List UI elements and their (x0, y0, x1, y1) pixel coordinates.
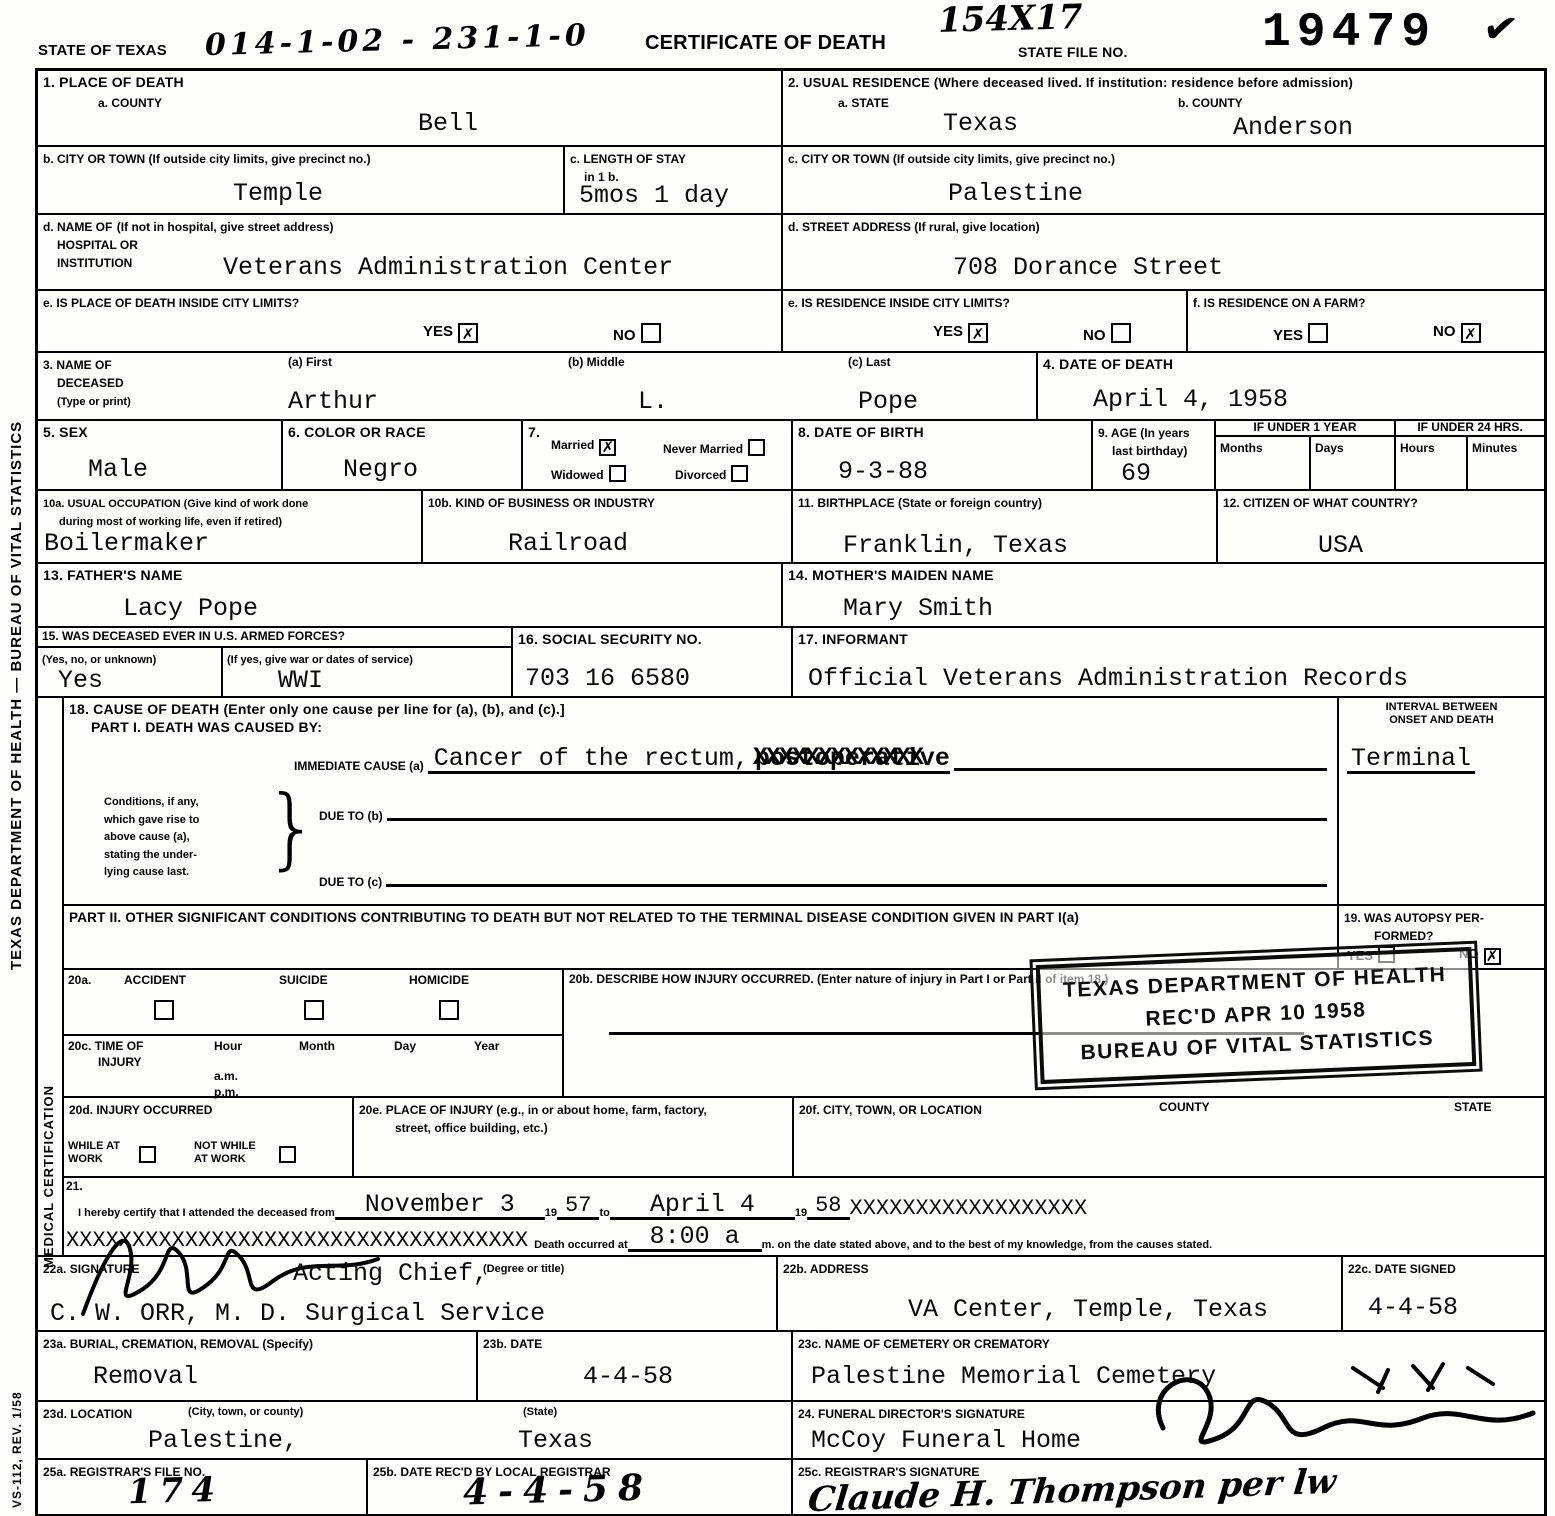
age-value: 69 (1121, 461, 1151, 486)
minutes-label: Minutes (1472, 441, 1517, 455)
accident-checkbox (154, 1000, 174, 1020)
never-married-label: Never Married (663, 442, 743, 456)
date-received-value: 4-4-58 (463, 1470, 654, 1511)
obliteration-overstrike: XXXXXXXXXXXXX (753, 745, 922, 770)
date-of-death-label: 4. DATE OF DEATH (1043, 356, 1173, 372)
date-of-death-value: April 4, 1958 (1093, 387, 1288, 412)
field-time-of-injury: 20c. TIME OF INJURY Hour a.m. p.m. Month… (64, 1036, 562, 1096)
no-label: NO (1083, 327, 1106, 344)
date-signed-label: 22c. DATE SIGNED (1348, 1262, 1456, 1276)
burial-date-value: 4-4-58 (583, 1364, 673, 1389)
degree-title-label: (Degree or title) (483, 1263, 564, 1276)
not-while-at-work-checkbox (279, 1146, 296, 1163)
hospital-label-paren: (If not in hospital, give street address… (117, 220, 334, 234)
part2-label: PART II. OTHER SIGNIFICANT CONDITIONS CO… (69, 910, 1079, 925)
location-state-value: Texas (518, 1428, 593, 1453)
field-father-name: 13. FATHER'S NAME Lacy Pope (38, 564, 783, 626)
field-residence-city: c. CITY OR TOWN (If outside city limits,… (783, 147, 1544, 213)
field-mother-name: 14. MOTHER'S MAIDEN NAME Mary Smith (783, 564, 1544, 626)
residence-state-label: a. STATE (838, 97, 889, 111)
suicide-label: SUICIDE (279, 974, 328, 988)
middle-name-value: L. (638, 389, 668, 414)
field-residence-city-limits: e. IS RESIDENCE INSIDE CITY LIMITS? YES✗… (783, 291, 1188, 351)
residence-farm-no-checkbox: ✗ (1461, 323, 1481, 343)
state-file-no-label: STATE FILE NO. (1018, 44, 1128, 60)
medical-certification-strip: MEDICAL CERTIFICATION (38, 698, 64, 1255)
age-label-2: last birthday) (1112, 444, 1187, 458)
industry-value: Railroad (508, 531, 628, 556)
address-label: 22b. ADDRESS (783, 1262, 869, 1276)
field-age: 9. AGE (In years last birthday) 69 (1093, 421, 1216, 489)
yes-label: YES (933, 323, 963, 340)
checkmark: ✔ (1480, 2, 1522, 55)
handwritten-note: 154X17 (938, 0, 1084, 38)
sex-label: 5. SEX (43, 424, 88, 440)
father-name-label: 13. FATHER'S NAME (43, 567, 183, 583)
location-state-sublabel: (State) (523, 1406, 557, 1419)
widowed-checkbox (609, 465, 626, 482)
residence-city-limits-yes-checkbox: ✗ (968, 323, 988, 343)
field-burial-location: 23d. LOCATION (City, town, or county) (S… (38, 1402, 793, 1458)
due-to-b-line (387, 818, 1327, 821)
injury-county-label: COUNTY (1159, 1101, 1210, 1115)
cemetery-label: 23c. NAME OF CEMETERY OR CREMATORY (798, 1337, 1050, 1351)
hospital-value: Veterans Administration Center (223, 255, 673, 280)
married-label: Married (551, 438, 594, 452)
injury-occurred-label: 20d. INJURY OCCURRED (69, 1103, 212, 1117)
residence-city-value: Palestine (948, 181, 1083, 206)
location-city-sublabel: (City, town, or county) (188, 1406, 303, 1419)
never-married-checkbox (748, 439, 765, 456)
field-place-of-death: 1. PLACE OF DEATH a. COUNTY Bell (38, 71, 783, 145)
conditions-note: Conditions, if any,which gave rise to ab… (104, 794, 199, 882)
injury-city-label: 20f. CITY, TOWN, OR LOCATION (799, 1103, 982, 1117)
field-color-or-race: 6. COLOR OR RACE Negro (283, 421, 523, 489)
attended-to-value: April 4 (610, 1192, 795, 1220)
field-injury-location: 20f. CITY, TOWN, OR LOCATION COUNTY STAT… (794, 1098, 1544, 1176)
location-city-value: Palestine, (148, 1428, 298, 1453)
attended-from-year: 57 (557, 1195, 599, 1220)
death-time-value: 8:00 a (628, 1224, 762, 1252)
yes-label: YES (1273, 327, 1303, 344)
armed-forces-label: 15. WAS DECEASED EVER IN U.S. ARMED FORC… (38, 628, 511, 648)
field-sex: 5. SEX Male (38, 421, 283, 489)
street-address-value: 708 Dorance Street (953, 255, 1223, 280)
field-burial-date: 23b. DATE 4-4-58 (478, 1332, 793, 1400)
brace-glyph: } (264, 784, 320, 872)
divorced-label: Divorced (675, 468, 726, 482)
strikeout-x-2: XXXXXXXXXXXXXXXXXXXXXXXXXXXXXXXXXXX (66, 1230, 528, 1252)
field-street-address: d. STREET ADDRESS (If rural, give locati… (783, 215, 1544, 289)
while-at-work-checkbox (139, 1146, 156, 1163)
hospital-label-3: INSTITUTION (57, 256, 132, 270)
field-physician-signature: 22a. SIGNATURE Acting Chief, (Degree or … (38, 1257, 778, 1330)
attended-to-year: 58 (807, 1195, 849, 1220)
place-of-injury-label-1: 20e. PLACE OF INJURY (e.g., in or about … (359, 1103, 707, 1117)
field-if-under-1-year: IF UNDER 1 YEAR Months Days (1216, 421, 1396, 489)
ssn-value: 703 16 6580 (525, 666, 690, 691)
occupation-label-1: 10a. USUAL OCCUPATION (Give kind of work… (43, 498, 308, 510)
field-death-city-limits: e. IS PLACE OF DEATH INSIDE CITY LIMITS?… (38, 291, 783, 351)
months-label: Months (1220, 441, 1263, 455)
field-place-of-injury: 20e. PLACE OF INJURY (e.g., in or about … (354, 1098, 794, 1176)
am-label: a.m. (214, 1070, 238, 1084)
hospital-label-1: d. NAME OF (43, 220, 112, 234)
place-of-injury-label-2: street, office building, etc.) (395, 1121, 548, 1135)
armed-forces-value-2: WWI (278, 668, 323, 693)
handwritten-file-code: 014-1-02 - 231-1-0 (205, 21, 590, 61)
death-city-value: Temple (233, 181, 323, 206)
immediate-cause-value: Cancer of the rectum, (428, 746, 755, 774)
not-while-at-work-label: NOT WHILEAT WORK (194, 1140, 256, 1165)
county-label: a. COUNTY (98, 97, 162, 111)
name-label-1: 3. NAME OF (43, 358, 112, 372)
field-length-of-stay: c. LENGTH OF STAY in 1 b. 5mos 1 day (565, 147, 783, 213)
death-city-limits-yes-checkbox: ✗ (458, 323, 478, 343)
field-cause-of-death: 18. CAUSE OF DEATH (Enter only one cause… (64, 698, 1337, 904)
interval-label-1: INTERVAL BETWEEN (1386, 701, 1498, 713)
name-label-2: DECEASED (57, 376, 124, 390)
field-usual-residence: 2. USUAL RESIDENCE (Where deceased lived… (783, 71, 1544, 145)
homicide-label: HOMICIDE (409, 974, 469, 988)
street-address-label: d. STREET ADDRESS (If rural, give locati… (788, 220, 1040, 234)
race-value: Negro (343, 457, 418, 482)
medical-certification-vertical-label: MEDICAL CERTIFICATION (41, 848, 56, 1268)
field-ssn: 16. SOCIAL SECURITY NO. 703 16 6580 (513, 628, 793, 696)
location-label: 23d. LOCATION (43, 1407, 132, 1421)
county-value: Bell (418, 111, 478, 136)
death-city-limits-no-checkbox (641, 323, 661, 343)
field-physician-address: 22b. ADDRESS VA Center, Temple, Texas (778, 1257, 1343, 1330)
part1-label: PART I. DEATH WAS CAUSED BY: (91, 719, 322, 735)
field-20a-number: 20a. (68, 974, 91, 988)
interval-value: Terminal (1347, 746, 1475, 774)
residence-farm-yes-checkbox (1308, 323, 1328, 343)
date-signed-value: 4-4-58 (1368, 1295, 1458, 1320)
sex-value: Male (88, 457, 148, 482)
homicide-checkbox (439, 1000, 459, 1020)
month-label: Month (299, 1040, 335, 1054)
name-label-3: (Type or print) (57, 396, 131, 408)
citizen-label: 12. CITIZEN OF WHAT COUNTRY? (1223, 496, 1418, 510)
year-prefix-1: 19 (545, 1207, 557, 1220)
time-of-injury-label-2: INJURY (98, 1056, 142, 1070)
residence-city-limits-no-checkbox (1111, 323, 1131, 343)
field-cemetery: 23c. NAME OF CEMETERY OR CREMATORY Pales… (793, 1332, 1544, 1400)
immediate-cause-obliterated: postoperative XXXXXXXXXXXXX (755, 746, 950, 774)
registrar-file-value: 174 (128, 1473, 224, 1509)
no-label: NO (1433, 323, 1456, 340)
field-birthplace: 11. BIRTHPLACE (State or foreign country… (793, 491, 1218, 562)
field-burial-removal: 23a. BURIAL, CREMATION, REMOVAL (Specify… (38, 1332, 478, 1400)
due-to-c-line (386, 884, 1327, 887)
field-marital-status: 7. Married✗ Never Married Widowed Divorc… (523, 421, 793, 489)
informant-label: 17. INFORMANT (798, 631, 908, 647)
field-part2: PART II. OTHER SIGNIFICANT CONDITIONS CO… (64, 906, 1337, 968)
field-armed-forces: 15. WAS DECEASED EVER IN U.S. ARMED FORC… (38, 628, 513, 696)
physician-name-value: C. W. ORR, M. D. Surgical Service (50, 1301, 545, 1326)
death-occurred-label: Death occurred at (534, 1239, 628, 1252)
burial-value: Removal (93, 1364, 198, 1389)
field-certification: 21. I hereby certify that I attended the… (64, 1178, 1544, 1255)
residence-farm-label: f. IS RESIDENCE ON A FARM? (1193, 296, 1365, 310)
certificate-title: CERTIFICATE OF DEATH (645, 32, 886, 55)
no-label: NO (613, 327, 636, 344)
middle-name-label: (b) Middle (568, 356, 625, 370)
mother-name-label: 14. MOTHER'S MAIDEN NAME (788, 567, 994, 583)
field-citizen: 12. CITIZEN OF WHAT COUNTRY? USA (1218, 491, 1544, 562)
under-1-year-label: IF UNDER 1 YEAR (1216, 421, 1394, 437)
field-residence-farm: f. IS RESIDENCE ON A FARM? YES NO✗ (1188, 291, 1544, 351)
dob-value: 9-3-88 (838, 459, 928, 484)
burial-label: 23a. BURIAL, CREMATION, REMOVAL (Specify… (43, 1337, 313, 1351)
place-of-death-label: 1. PLACE OF DEATH (43, 74, 184, 90)
degree-title-value: Acting Chief, (293, 1261, 488, 1286)
divorced-checkbox (731, 465, 748, 482)
occupation-value: Boilermaker (44, 531, 209, 556)
state-of-texas-label: STATE OF TEXAS (38, 42, 167, 59)
marital-number: 7. (528, 424, 540, 440)
hour-label: Hour (214, 1040, 242, 1054)
year-label: Year (474, 1040, 499, 1054)
field-injury-occurred: 20d. INJURY OCCURRED WHILE ATWORK NOT WH… (64, 1098, 354, 1176)
first-name-value: Arthur (288, 389, 378, 414)
due-to-b-label: DUE TO (b) (319, 810, 383, 824)
occupation-label-2: during most of working life, even if ret… (59, 516, 282, 528)
death-city-label: b. CITY OR TOWN (If outside city limits,… (43, 152, 371, 166)
immediate-cause-label: IMMEDIATE CAUSE (a) (294, 760, 424, 774)
hours-label: Hours (1400, 441, 1435, 455)
field-registrar-signature: 25c. REGISTRAR'S SIGNATURE Claude H. Tho… (793, 1460, 1544, 1514)
armed-forces-value-1: Yes (58, 668, 103, 693)
field-date-of-death: 4. DATE OF DEATH April 4, 1958 (1038, 353, 1544, 419)
cause-of-death-label: 18. CAUSE OF DEATH (Enter only one cause… (69, 701, 565, 717)
birthplace-label: 11. BIRTHPLACE (State or foreign country… (798, 496, 1042, 510)
funeral-director-value: McCoy Funeral Home (811, 1428, 1081, 1453)
birthplace-value: Franklin, Texas (843, 533, 1068, 558)
due-to-c-label: DUE TO (c) (319, 876, 382, 890)
field-industry: 10b. KIND OF BUSINESS OR INDUSTRY Railro… (423, 491, 793, 562)
dob-label: 8. DATE OF BIRTH (798, 424, 924, 440)
death-city-limits-label: e. IS PLACE OF DEATH INSIDE CITY LIMITS? (43, 296, 299, 310)
field-death-city: b. CITY OR TOWN (If outside city limits,… (38, 147, 565, 213)
to-label: to (599, 1207, 609, 1220)
field-date-of-birth: 8. DATE OF BIRTH 9-3-88 (793, 421, 1093, 489)
day-label: Day (394, 1040, 416, 1054)
field-occupation: 10a. USUAL OCCUPATION (Give kind of work… (38, 491, 423, 562)
residence-state-value: Texas (943, 111, 1018, 136)
field-interval: INTERVAL BETWEEN ONSET AND DEATH Termina… (1337, 698, 1544, 904)
mother-name-value: Mary Smith (843, 596, 993, 621)
days-label: Days (1315, 441, 1344, 455)
residence-county-value: Anderson (1233, 115, 1353, 140)
length-of-stay-label: c. LENGTH OF STAY (570, 152, 686, 166)
signature-label: 22a. SIGNATURE (43, 1262, 139, 1276)
cemetery-value: Palestine Memorial Cemetery (811, 1364, 1216, 1389)
field-registrar-file-no: 25a. REGISTRAR'S FILE NO. 174 (38, 1460, 368, 1514)
last-name-value: Pope (858, 389, 918, 414)
married-checkbox: ✗ (599, 439, 616, 456)
field-name-of-deceased: 3. NAME OF DECEASED (Type or print) (a) … (38, 353, 1038, 419)
armed-forces-sublabel-1: (Yes, no, or unknown) (42, 654, 156, 666)
time-of-injury-label-1: 20c. TIME OF (68, 1040, 143, 1054)
autopsy-label-1: 19. WAS AUTOPSY PER- (1344, 911, 1484, 925)
residence-city-limits-label: e. IS RESIDENCE INSIDE CITY LIMITS? (788, 296, 1010, 310)
injury-state-label: STATE (1454, 1101, 1492, 1115)
suicide-checkbox (304, 1000, 324, 1020)
year-prefix-2: 19 (795, 1207, 807, 1220)
state-file-number: 19479 (1262, 6, 1436, 60)
certify-text-1: I hereby certify that I attended the dec… (78, 1207, 335, 1220)
field-date-received: 25b. DATE REC'D BY LOCAL REGISTRAR 4-4-5… (368, 1460, 793, 1514)
age-label-1: 9. AGE (In years (1098, 426, 1190, 440)
certify-text-3: m. on the date stated above, and to the … (762, 1239, 1212, 1252)
autopsy-no-checkbox: ✗ (1484, 948, 1501, 965)
field-date-signed: 22c. DATE SIGNED 4-4-58 (1343, 1257, 1544, 1330)
death-certificate-scan: TEXAS DEPARTMENT OF HEALTH — BUREAU OF V… (0, 0, 1555, 1516)
cause-line-fill (954, 768, 1327, 771)
strikeout-x-1: XXXXXXXXXXXXXXXXXX (850, 1198, 1088, 1220)
informant-value: Official Veterans Administration Records (808, 666, 1408, 691)
last-name-label: (c) Last (848, 356, 891, 370)
field-accident-suicide-homicide: 20a. ACCIDENT SUICIDE HOMICIDE 20c. TIME… (64, 970, 564, 1096)
field-if-under-24-hrs: IF UNDER 24 HRS. Hours Minutes (1396, 421, 1544, 489)
field-informant: 17. INFORMANT Official Veterans Administ… (793, 628, 1544, 696)
address-value: VA Center, Temple, Texas (908, 1297, 1268, 1322)
accident-label: ACCIDENT (124, 974, 186, 988)
field-funeral-director: 24. FUNERAL DIRECTOR'S SIGNATURE McCoy F… (793, 1402, 1544, 1458)
armed-forces-sublabel-2: (If yes, give war or dates of service) (227, 654, 413, 666)
hospital-label-2: HOSPITAL OR (57, 238, 138, 252)
interval-label-2: ONSET AND DEATH (1389, 714, 1494, 726)
yes-label: YES (423, 323, 453, 340)
left-margin-department-text: TEXAS DEPARTMENT OF HEALTH — BUREAU OF V… (8, 240, 25, 970)
autopsy-label-2: FORMED? (1374, 929, 1433, 943)
length-of-stay-value: 5mos 1 day (579, 183, 729, 208)
residence-county-label: b. COUNTY (1178, 97, 1243, 111)
burial-date-label: 23b. DATE (483, 1337, 542, 1351)
race-label: 6. COLOR OR RACE (288, 424, 426, 440)
ssn-label: 16. SOCIAL SECURITY NO. (518, 631, 702, 647)
industry-label: 10b. KIND OF BUSINESS OR INDUSTRY (428, 496, 655, 510)
while-at-work-label: WHILE ATWORK (68, 1140, 120, 1165)
citizen-value: USA (1318, 533, 1363, 558)
form-number-text: VS-112, REV. 1/58 (10, 1358, 24, 1508)
funeral-director-label: 24. FUNERAL DIRECTOR'S SIGNATURE (798, 1407, 1025, 1421)
residence-city-label: c. CITY OR TOWN (If outside city limits,… (788, 152, 1115, 166)
certificate-form: 1. PLACE OF DEATH a. COUNTY Bell 2. USUA… (35, 68, 1547, 1516)
father-name-value: Lacy Pope (123, 596, 258, 621)
usual-residence-label: 2. USUAL RESIDENCE (Where deceased lived… (788, 75, 1353, 90)
widowed-label: Widowed (551, 468, 604, 482)
first-name-label: (a) First (288, 356, 332, 370)
attended-from-value: November 3 (335, 1192, 545, 1220)
received-stamp: TEXAS DEPARTMENT OF HEALTH REC'D APR 10 … (1036, 947, 1477, 1084)
field-hospital: d. NAME OF (If not in hospital, give str… (38, 215, 783, 289)
under-24-hrs-label: IF UNDER 24 HRS. (1396, 421, 1544, 437)
